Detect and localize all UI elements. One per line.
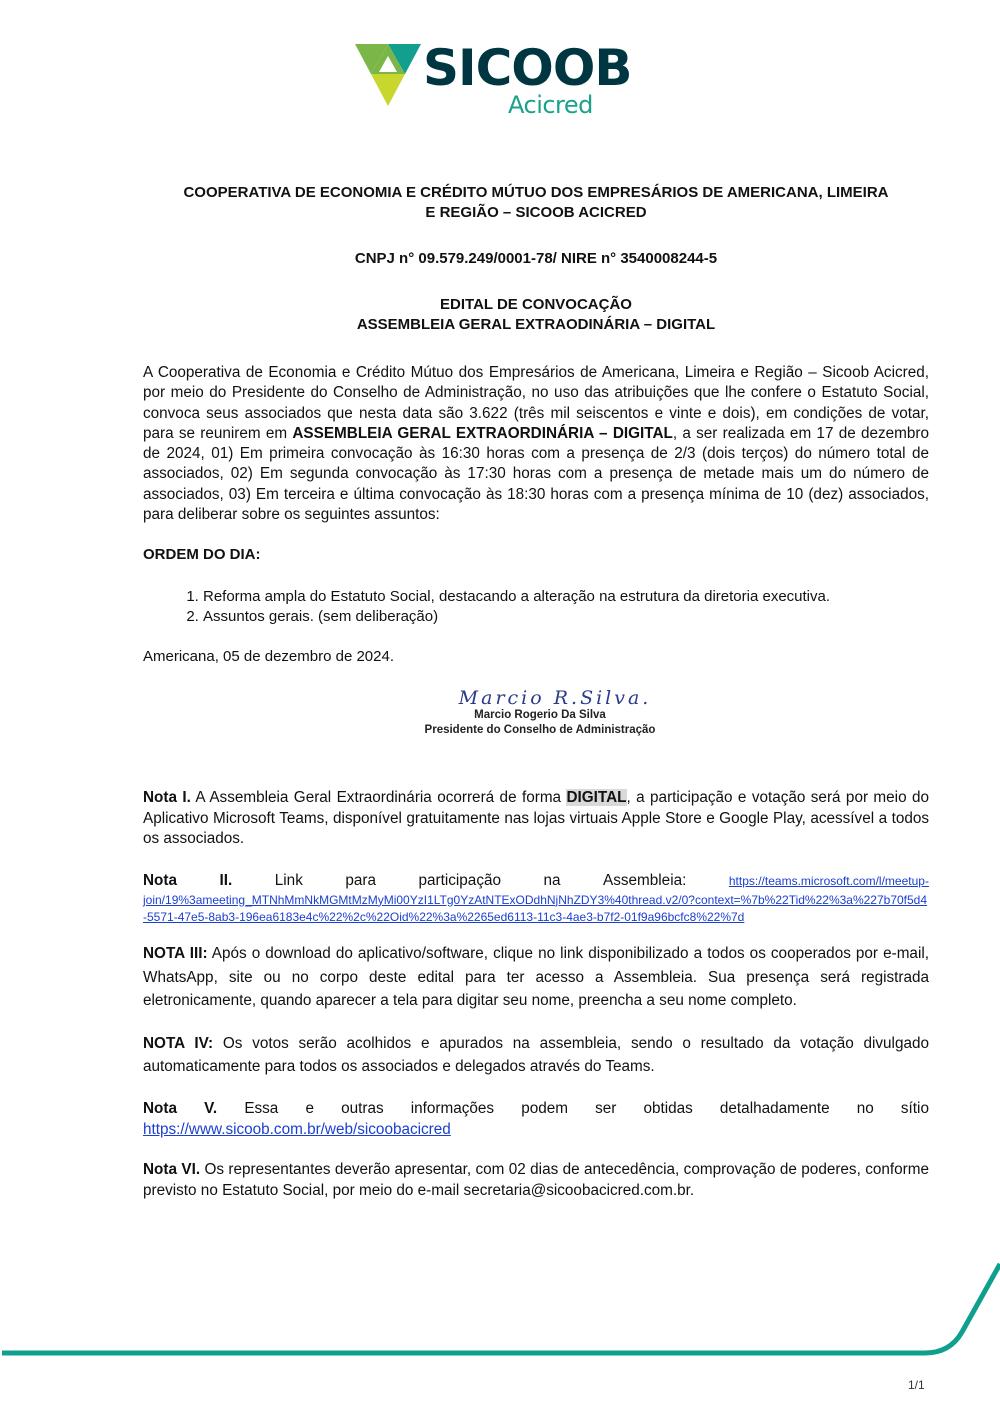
note-2: Nota II. Link para participação na Assem…: [143, 871, 929, 927]
word: para: [345, 871, 376, 892]
edital-heading: EDITAL DE CONVOCAÇÃO: [143, 295, 929, 315]
note-label: NOTA IV:: [143, 1035, 213, 1052]
signatory-name: Marcio Rogerio Da Silva: [395, 708, 685, 723]
note-5: Nota V. Essa e outras informações podem …: [143, 1099, 929, 1140]
word: participação: [419, 871, 501, 892]
note-label: Nota: [143, 1099, 177, 1120]
word: sítio: [901, 1099, 929, 1120]
note-text: A Assembleia Geral Extraordinária ocorre…: [191, 789, 567, 806]
signatory-role: Presidente do Conselho de Administração: [395, 723, 685, 738]
sicoob-website-link[interactable]: https://www.sicoob.com.br/web/sicoobacic…: [143, 1121, 451, 1138]
cooperative-name-line1: COOPERATIVA DE ECONOMIA E CRÉDITO MÚTUO …: [143, 183, 929, 203]
word: ser: [595, 1099, 616, 1120]
word: na: [544, 871, 561, 892]
agenda-title: ORDEM DO DIA:: [143, 545, 929, 565]
logo-subtitle: Acicred: [508, 90, 593, 120]
word: Essa: [244, 1099, 278, 1120]
sicoob-triangle-icon: [355, 42, 421, 108]
word: Link: [275, 871, 303, 892]
teams-meeting-link[interactable]: https://teams.microsoft.com/l/meetup-: [729, 873, 929, 891]
teams-meeting-link-cont[interactable]: join/19%3ameeting_MTNhMmNkMGMtMzMyMi00Yz…: [143, 892, 929, 927]
note-1: Nota I. A Assembleia Geral Extraordinári…: [143, 788, 929, 850]
agenda-item: Assuntos gerais. (sem deliberação): [203, 607, 929, 627]
word: podem: [521, 1099, 568, 1120]
edital-title: EDITAL DE CONVOCAÇÃO ASSEMBLEIA GERAL EX…: [143, 295, 929, 335]
word: outras: [341, 1099, 384, 1120]
note-label: Nota I.: [143, 789, 191, 806]
assembly-heading: ASSEMBLEIA GERAL EXTRAODINÁRIA – DIGITAL: [143, 315, 929, 335]
intro-bold: ASSEMBLEIA GERAL EXTRAORDINÁRIA – DIGITA…: [292, 425, 672, 442]
agenda-item: Reforma ampla do Estatuto Social, destac…: [203, 587, 929, 607]
word: detalhadamente: [720, 1099, 830, 1120]
sicoob-logo: SICOOB Acicred: [355, 40, 615, 122]
handwritten-signature: Marcio R.Silva.: [425, 688, 685, 708]
word: e: [305, 1099, 314, 1120]
note-text: Após o download do aplicativo/software, …: [143, 945, 929, 1009]
note-text: Os representantes deverão apresentar, co…: [143, 1161, 929, 1199]
footer-accent-line: [0, 1250, 1000, 1370]
cooperative-name-line2: E REGIÃO – SICOOB ACICRED: [143, 203, 929, 223]
note-5-first-line: Nota V. Essa e outras informações podem …: [143, 1099, 929, 1120]
intro-paragraph: A Cooperativa de Economia e Crédito Mútu…: [143, 363, 929, 525]
note-text: Os votos serão acolhidos e apurados na a…: [143, 1035, 929, 1075]
place-date: Americana, 05 de dezembro de 2024.: [143, 647, 929, 667]
word: obtidas: [643, 1099, 692, 1120]
note-4: NOTA IV: Os votos serão acolhidos e apur…: [143, 1032, 929, 1078]
teams-meeting-link-rest[interactable]: join/19%3ameeting_MTNhMmNkMGMtMzMyMi00Yz…: [143, 893, 927, 925]
cooperative-name: COOPERATIVA DE ECONOMIA E CRÉDITO MÚTUO …: [143, 183, 929, 223]
note-label: II.: [220, 871, 233, 892]
word: no: [857, 1099, 874, 1120]
note-3: NOTA III: Após o download do aplicativo/…: [143, 942, 929, 1013]
word: informações: [411, 1099, 494, 1120]
note-label: NOTA III:: [143, 945, 208, 962]
document-body: COOPERATIVA DE ECONOMIA E CRÉDITO MÚTUO …: [143, 183, 929, 667]
logo-wordmark: SICOOB: [423, 38, 631, 98]
note-label: Nota VI.: [143, 1161, 200, 1178]
highlighted-digital: DIGITAL: [566, 789, 626, 806]
note-2-first-line: Nota II. Link para participação na Assem…: [143, 871, 929, 892]
note-label: Nota: [143, 871, 177, 892]
page-number: 1/1: [908, 1378, 925, 1392]
signature-block: Marcio R.Silva. Marcio Rogerio Da Silva …: [395, 688, 685, 738]
cnpj-line: CNPJ n° 09.579.249/0001-78/ NIRE n° 3540…: [143, 249, 929, 269]
note-label: V.: [204, 1099, 217, 1120]
agenda-list: Reforma ampla do Estatuto Social, destac…: [143, 587, 929, 627]
note-6: Nota VI. Os representantes deverão apres…: [143, 1160, 929, 1201]
word: Assembleia:: [603, 871, 686, 892]
